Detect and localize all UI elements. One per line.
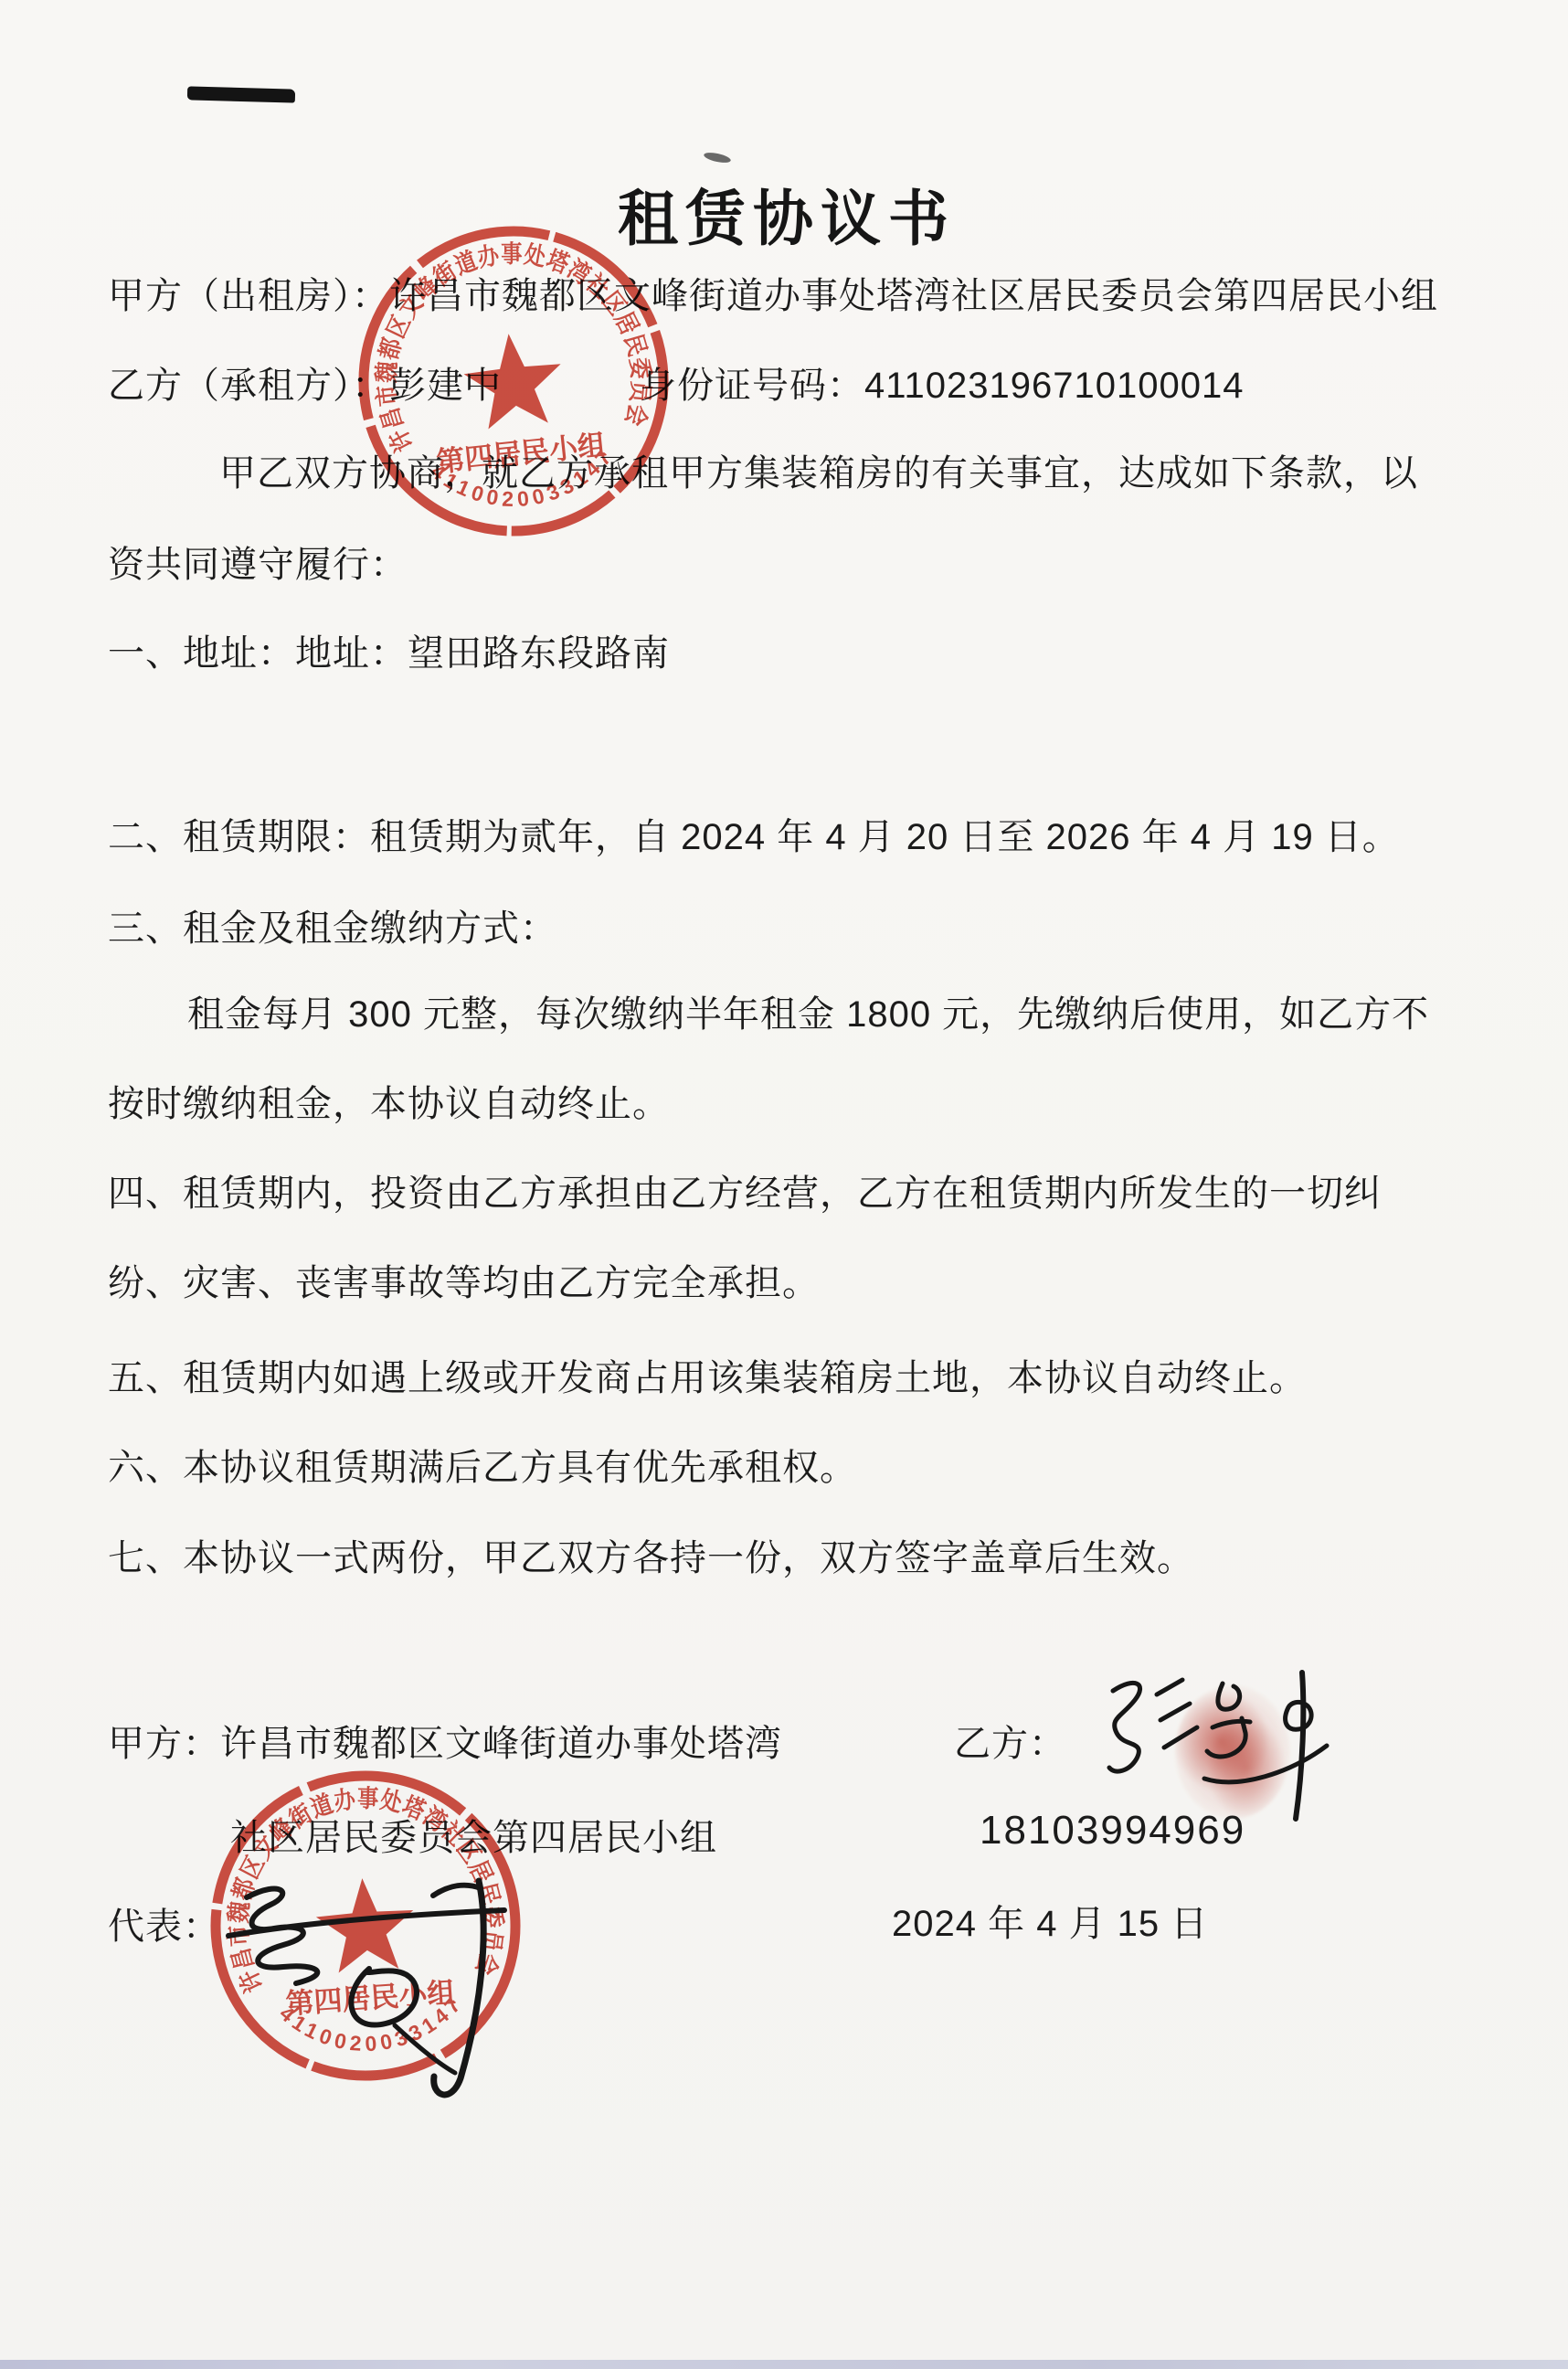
representative-signature [203, 1855, 596, 2111]
official-seal-top: 许昌市魏都区文峰街道办事处塔湾社区居民委员会 第四居民小组 4110020033… [341, 208, 686, 554]
scan-smudge [703, 151, 731, 165]
preamble-line-2: 资共同遵守履行： [108, 544, 408, 586]
clause-4-liability-1: 四、租赁期内，投资由乙方承担由乙方经营，乙方在租赁期内所发生的一切纠 [108, 1173, 1382, 1215]
clause-5-termination: 五、租赁期内如遇上级或开发商占用该集装箱房土地，本协议自动终止。 [108, 1357, 1307, 1399]
clause-3-rent-title: 三、租金及租金缴纳方式： [108, 908, 557, 950]
party-b-id: 身份证号码：411023196710100014 [640, 365, 1244, 407]
clause-4-liability-2: 纷、灾害、丧害事故等均由乙方完全承担。 [108, 1262, 820, 1304]
party-b-signature [1078, 1662, 1361, 1835]
footer-date: 2024 年 4 月 15 日 [892, 1903, 1208, 1945]
clause-2-term: 二、租赁期限：租赁期为贰年，自 2024 年 4 月 20 日至 2026 年 … [108, 816, 1400, 858]
party-a-line: 甲方（出租房）：许昌市魏都区文峰街道办事处塔湾社区居民委员会第四居民小组 [108, 275, 1438, 317]
document-title: 租赁协议书 [618, 170, 956, 257]
seal-star [461, 329, 567, 431]
clause-6-priority: 六、本协议租赁期满后乙方具有优先承租权。 [108, 1447, 857, 1489]
clause-3-rent-detail-1: 租金每月 300 元整，每次缴纳半年租金 1800 元，先缴纳后使用，如乙方不 [187, 993, 1429, 1036]
scan-corner-mark [187, 86, 295, 102]
clause-7-copies: 七、本协议一式两份，甲乙双方各持一份，双方签字盖章后生效。 [108, 1537, 1194, 1579]
footer-party-b-label: 乙方： [954, 1723, 1066, 1765]
clause-1-address: 一、地址：地址：望田路东段路南 [108, 632, 670, 675]
clause-3-rent-detail-2: 按时缴纳租金，本协议自动终止。 [108, 1083, 670, 1125]
scanned-rental-agreement-page: 租赁协议书 甲方（出租房）：许昌市魏都区文峰街道办事处塔湾社区居民委员会第四居民… [0, 0, 1568, 2369]
scan-bottom-edge [0, 2360, 1568, 2369]
footer-party-a-line1: 甲方：许昌市魏都区文峰街道办事处塔湾 [108, 1723, 782, 1765]
